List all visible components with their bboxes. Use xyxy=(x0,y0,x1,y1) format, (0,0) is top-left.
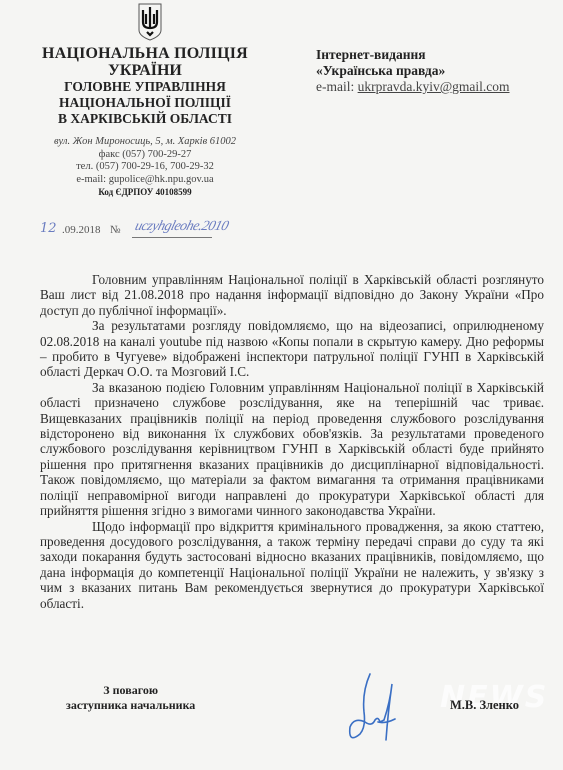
issuer-fax: факс (057) 700-29-27 xyxy=(20,149,270,162)
signature-icon xyxy=(340,672,400,747)
org-line: ГОЛОВНЕ УПРАВЛІННЯ xyxy=(20,79,270,95)
ref-underline xyxy=(132,237,212,238)
recipient-line1: Інтернет-видання xyxy=(316,47,556,63)
issuer-address: вул. Жон Мироносиць, 5, м. Харків 61002 xyxy=(20,136,270,149)
issuer-phone: тел. (057) 700-29-16, 700-29-32 xyxy=(20,161,270,174)
issuer-header: НАЦІОНАЛЬНА ПОЛІЦІЯ УКРАЇНИ ГОЛОВНЕ УПРА… xyxy=(20,45,270,127)
coat-of-arms-trident-icon xyxy=(137,2,163,42)
issuer-email: e-mail: gupolice@hk.npu.gov.ua xyxy=(20,174,270,187)
ref-day: 12 xyxy=(40,221,57,236)
body-paragraph: За результатами розгляду повідомляємо, щ… xyxy=(40,318,544,380)
issuer-edrpou: Код ЄДРПОУ 40108599 xyxy=(20,186,270,199)
closing-block: З повагою заступника начальника xyxy=(66,683,195,713)
org-line: НАЦІОНАЛЬНОЇ ПОЛІЦІЇ xyxy=(20,95,270,111)
letter-page: НАЦІОНАЛЬНА ПОЛІЦІЯ УКРАЇНИ ГОЛОВНЕ УПРА… xyxy=(0,0,563,770)
org-line: В ХАРКІВСЬКІЙ ОБЛАСТІ xyxy=(20,111,270,127)
reference-line: 12 .09.2018 № uczyhgleohe.2010 xyxy=(40,221,300,241)
closing-title: заступника начальника xyxy=(66,698,195,713)
ref-month-year: .09.2018 xyxy=(62,224,101,236)
recipient-block: Інтернет-видання «Українська правда» e-m… xyxy=(316,47,556,95)
recipient-line2: «Українська правда» xyxy=(316,63,556,79)
org-line: НАЦІОНАЛЬНА ПОЛІЦІЯ xyxy=(20,45,270,62)
closing-salutation: З повагою xyxy=(66,683,195,698)
ref-number-label: № xyxy=(110,224,121,236)
letter-body: Головним управлінням Національної поліці… xyxy=(40,272,544,611)
recipient-email-link[interactable]: ukrpravda.kyiv@gmail.com xyxy=(358,79,510,94)
issuer-contacts: вул. Жон Мироносиць, 5, м. Харків 61002 … xyxy=(20,136,270,199)
body-paragraph: За вказаною подією Головним управлінням … xyxy=(40,380,544,519)
org-line: УКРАЇНИ xyxy=(20,62,270,79)
body-paragraph: Щодо інформації про відкриття кримінальн… xyxy=(40,519,544,611)
recipient-email-label: e-mail: xyxy=(316,79,358,94)
recipient-email-row: e-mail: ukrpravda.kyiv@gmail.com xyxy=(316,79,556,95)
body-paragraph: Головним управлінням Національної поліці… xyxy=(40,272,544,318)
signer-name: М.В. Зленко xyxy=(450,698,519,713)
ref-number-handwritten: uczyhgleohe.2010 xyxy=(133,219,230,235)
